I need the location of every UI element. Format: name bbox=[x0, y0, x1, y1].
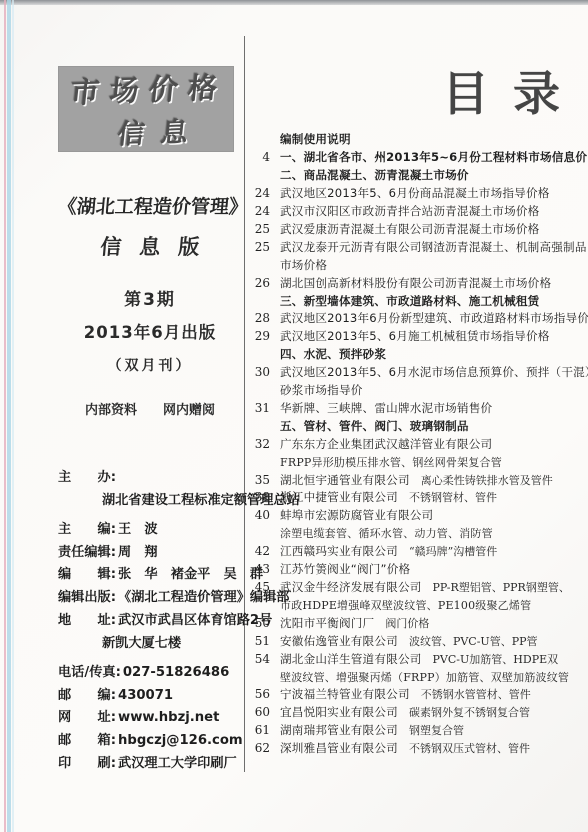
field-label: 主 编: bbox=[58, 522, 116, 537]
toc-row: FRPP异形肋模压排水管、钢丝网骨架复合管 bbox=[250, 454, 576, 472]
toc-entry-text: 武汉地区2013年5、6月施工机械租赁市场指导价格 bbox=[280, 328, 550, 346]
masthead-field-row: 邮 箱: hbgczj@126.com bbox=[58, 733, 242, 748]
toc-entry-text: 湖北金山洋生管道有限公司 bbox=[280, 651, 422, 669]
toc-page-number: 4 bbox=[250, 149, 270, 167]
toc-entry-text: 宜昌悦阳实业有限公司 bbox=[280, 704, 398, 722]
masthead-field-row: 新凯大厦七楼 bbox=[58, 636, 242, 651]
toc-entry-text: 湖北恒宇通管业有限公司 bbox=[280, 472, 410, 490]
masthead-field-row: 网 址: www.hbzj.net bbox=[58, 710, 242, 725]
toc-row: 二、商品混凝土、沥青混凝土市场价 bbox=[250, 167, 576, 185]
toc-entry-text: 武汉地区2013年5、6月份商品混凝土市场指导价格 bbox=[280, 185, 550, 203]
toc-page-number: 29 bbox=[250, 328, 270, 346]
toc-row: 54 湖北金山洋生管道有限公司 PVC-U加筋管、HDPE双 bbox=[250, 651, 576, 669]
masthead-field-row: 主 编: 王 波 bbox=[58, 522, 242, 537]
toc-entry-text: 三、新型墙体建筑、市政道路材料、施工机械租赁 bbox=[280, 293, 539, 311]
field-value: hbgczj@126.com bbox=[118, 733, 243, 748]
toc-list: 编制使用说明 4 一、湖北省各市、州2013年5~6月份工程材料市场信息价 二、… bbox=[250, 131, 576, 758]
toc-page-number: 25 bbox=[250, 239, 270, 257]
toc-row: 32 广东东方企业集团武汉越洋管业有限公司 bbox=[250, 436, 576, 454]
toc-entry-description: 不锈钢双压式管材、管件 bbox=[409, 740, 530, 758]
field-value: 张 华 褚金平 吴 群 bbox=[118, 567, 263, 582]
toc-page-number: 31 bbox=[250, 400, 270, 418]
toc-row: 40 蚌埠市宏源防腐管业有限公司 bbox=[250, 507, 576, 525]
journal-title: 《湖北工程造价管理》 bbox=[57, 192, 243, 219]
field-label: 责任编辑: bbox=[58, 545, 116, 560]
toc-entry-text: 五、管材、管件、阀门、玻璃钢制品 bbox=[280, 418, 469, 436]
field-label: 编 辑: bbox=[58, 567, 116, 582]
masthead-fields: 主 办: 湖北省建设工程标准定额管理总站 主 编: 王 波 责任编辑: 周 翔 … bbox=[58, 470, 242, 771]
toc-entry-text: 市场价格 bbox=[280, 257, 327, 275]
toc-page-number: 30 bbox=[250, 364, 270, 382]
toc-page-number: 24 bbox=[250, 203, 270, 221]
toc-page-number: 42 bbox=[250, 543, 270, 561]
field-value: www.hbzj.net bbox=[118, 710, 219, 725]
toc-entry-text: FRPP异形肋模压排水管、钢丝网骨架复合管 bbox=[280, 454, 502, 472]
toc-entry-description: 阀门价格 bbox=[385, 615, 429, 633]
toc-entry-text: 壁波纹管、增强聚丙烯（FRPP）加筋管、双壁加筋波纹管 bbox=[280, 669, 569, 687]
masthead-field-row: 责任编辑: 周 翔 bbox=[58, 545, 242, 560]
toc-row: 62 深圳雅昌管业有限公司 不锈钢双压式管材、管件 bbox=[250, 740, 576, 758]
toc-row: 砂浆市场指导价 bbox=[250, 382, 576, 400]
toc-entry-text: 华新牌、三峡牌、雷山牌水泥市场销售价 bbox=[280, 400, 492, 418]
distribution-note: 内部资料 网内赠阅 bbox=[58, 399, 242, 418]
scanned-page: 市场价格 信息 《湖北工程造价管理》 信息版 第3期 2013年6月出版 （双月… bbox=[0, 0, 588, 832]
scan-edge-pink-line bbox=[4, 0, 6, 832]
masthead-field-row: 邮 编: 430071 bbox=[58, 688, 242, 703]
toc-entry-description: 不锈钢管材、管件 bbox=[409, 489, 497, 507]
toc-entry-description: 离心柔性铸铁排水管及管件 bbox=[421, 472, 553, 490]
toc-row: 43 江苏竹箦阀业“阀门”价格 bbox=[250, 561, 576, 579]
toc-row: 38 浙江中捷管业有限公司 不锈钢管材、管件 bbox=[250, 489, 576, 507]
toc-entry-text: 深圳雅昌管业有限公司 bbox=[280, 740, 398, 758]
field-label: 邮 箱: bbox=[58, 733, 116, 748]
field-value: 武汉理工大学印刷厂 bbox=[118, 756, 237, 771]
field-label: 编辑出版: bbox=[58, 590, 116, 605]
toc-row: 4 一、湖北省各市、州2013年5~6月份工程材料市场信息价 bbox=[250, 149, 576, 167]
toc-entry-text: 沈阳市平衡阀门厂 bbox=[280, 615, 374, 633]
toc-page-number: 54 bbox=[250, 651, 270, 669]
toc-entry-text: 蚌埠市宏源防腐管业有限公司 bbox=[280, 507, 433, 525]
logo-text-market-price: 市场价格 bbox=[61, 65, 236, 112]
toc-entry-text: 武汉金牛经济发展有限公司 bbox=[280, 579, 422, 597]
toc-row: 编制使用说明 bbox=[250, 131, 576, 149]
toc-row: 51 安徽佑逸管业有限公司 波纹管、PVC-U管、PP管 bbox=[250, 633, 576, 651]
field-label: 网 址: bbox=[58, 710, 116, 725]
publish-date: 2013年6月出版 bbox=[58, 319, 242, 343]
toc-page-number: 43 bbox=[250, 561, 270, 579]
toc-entry-text: 湖南瑞邦管业有限公司 bbox=[280, 722, 398, 740]
field-label: 邮 编: bbox=[58, 688, 116, 703]
toc-page-number: 62 bbox=[250, 740, 270, 758]
masthead-field-row: 印 刷: 武汉理工大学印刷厂 bbox=[58, 756, 242, 771]
scan-edge-blue-line-2 bbox=[12, 0, 14, 832]
toc-row: 五、管材、管件、阀门、玻璃钢制品 bbox=[250, 418, 576, 436]
toc-row: 壁波纹管、增强聚丙烯（FRPP）加筋管、双壁加筋波纹管 bbox=[250, 669, 576, 687]
toc-entry-description: 不锈钢水管管材、管件 bbox=[421, 686, 531, 704]
toc-row: 25 武汉爱康沥青混凝土有限公司沥青混凝土市场价格 bbox=[250, 221, 576, 239]
scan-edge-blue-line bbox=[7, 0, 11, 832]
toc-entry-text: 武汉龙泰开元沥青有限公司钢渣沥青混凝土、机制高强制品 bbox=[280, 239, 587, 257]
toc-entry-text: 武汉市汉阳区市政沥青拌合站沥青混凝土市场价格 bbox=[280, 203, 539, 221]
journal-logo-box: 市场价格 信息 bbox=[58, 66, 234, 152]
masthead-field-row: 编辑出版: 《湖北工程造价管理》编辑部 bbox=[58, 590, 242, 605]
toc-row: 29 武汉地区2013年5、6月施工机械租赁市场指导价格 bbox=[250, 328, 576, 346]
toc-entry-text: 市政HDPE增强峰双壁波纹管、PE100级聚乙烯管 bbox=[280, 597, 531, 615]
toc-row: 60 宜昌悦阳实业有限公司 碳素钢外复不锈钢复合管 bbox=[250, 704, 576, 722]
toc-entry-text: 编制使用说明 bbox=[280, 131, 351, 149]
toc-title: 目录 bbox=[250, 70, 588, 119]
toc-entry-text: 砂浆市场指导价 bbox=[280, 382, 363, 400]
toc-entry-description: 碳素钢外复不锈钢复合管 bbox=[409, 704, 530, 722]
logo-text-information: 信息 bbox=[86, 108, 237, 152]
toc-page-number: 35 bbox=[250, 472, 270, 490]
toc-entry-text: 二、商品混凝土、沥青混凝土市场价 bbox=[280, 167, 469, 185]
toc-page-number: 32 bbox=[250, 436, 270, 454]
frequency-label: （双月刊） bbox=[58, 355, 242, 375]
toc-row: 26 湖北国创高新材料股份有限公司沥青混凝土市场价格 bbox=[250, 275, 576, 293]
toc-entry-text: 安徽佑逸管业有限公司 bbox=[280, 633, 398, 651]
edition-label: 信息版 bbox=[57, 231, 262, 261]
field-value: 新凯大厦七楼 bbox=[102, 636, 181, 651]
toc-row: 30 武汉地区2013年5、6月水泥市场信息预算价、预拌（干混） bbox=[250, 364, 576, 382]
toc-page-number: 38 bbox=[250, 489, 270, 507]
toc-entry-description: “赣玛牌”沟槽管件 bbox=[409, 543, 497, 561]
toc-row: 24 武汉地区2013年5、6月份商品混凝土市场指导价格 bbox=[250, 185, 576, 203]
masthead-column: 市场价格 信息 《湖北工程造价管理》 信息版 第3期 2013年6月出版 （双月… bbox=[58, 0, 242, 778]
toc-entry-description: PP-R塑铝管、PPR钢塑管、 bbox=[433, 579, 570, 597]
toc-row: 56 宁波福兰特管业有限公司 不锈钢水管管材、管件 bbox=[250, 686, 576, 704]
toc-entry-text: 武汉爱康沥青混凝土有限公司沥青混凝土市场价格 bbox=[280, 221, 539, 239]
toc-entry-text: 广东东方企业集团武汉越洋管业有限公司 bbox=[280, 436, 492, 454]
masthead-field-row: 编 辑: 张 华 褚金平 吴 群 bbox=[58, 567, 242, 582]
field-value: 027-51826486 bbox=[123, 665, 229, 680]
toc-row: 61 湖南瑞邦管业有限公司 钢塑复合管 bbox=[250, 722, 576, 740]
toc-entry-text: 涂塑电缆套管、循环水管、动力管、消防管 bbox=[280, 525, 493, 543]
field-label: 主 办: bbox=[58, 470, 116, 485]
toc-page-number: 40 bbox=[250, 507, 270, 525]
toc-entry-text: 浙江中捷管业有限公司 bbox=[280, 489, 398, 507]
masthead-field-row: 湖北省建设工程标准定额管理总站 bbox=[58, 493, 242, 508]
toc-row: 45 武汉金牛经济发展有限公司 PP-R塑铝管、PPR钢塑管、 bbox=[250, 579, 576, 597]
toc-page-number: 24 bbox=[250, 185, 270, 203]
toc-page-number: 45 bbox=[250, 579, 270, 597]
toc-row: 35 湖北恒宇通管业有限公司 离心柔性铸铁排水管及管件 bbox=[250, 472, 576, 490]
toc-entry-text: 四、水泥、预拌砂浆 bbox=[280, 346, 386, 364]
toc-page-number: 28 bbox=[250, 310, 270, 328]
toc-row: 50 沈阳市平衡阀门厂 阀门价格 bbox=[250, 615, 576, 633]
toc-page-number: 51 bbox=[250, 633, 270, 651]
toc-row: 市场价格 bbox=[250, 257, 576, 275]
masthead-field-row: 地 址: 武汉市武昌区体育馆路2号 bbox=[58, 613, 242, 628]
toc-entry-description: PVC-U加筋管、HDPE双 bbox=[433, 651, 559, 669]
field-label: 印 刷: bbox=[58, 756, 116, 771]
toc-row: 42 江西赣玛实业有限公司 “赣玛牌”沟槽管件 bbox=[250, 543, 576, 561]
toc-row: 24 武汉市汉阳区市政沥青拌合站沥青混凝土市场价格 bbox=[250, 203, 576, 221]
toc-entry-text: 一、湖北省各市、州2013年5~6月份工程材料市场信息价 bbox=[280, 149, 587, 167]
issue-number: 第3期 bbox=[58, 285, 242, 310]
field-value: 王 波 bbox=[118, 522, 158, 537]
field-label: 地 址: bbox=[58, 613, 116, 628]
toc-entry-description: 波纹管、PVC-U管、PP管 bbox=[409, 633, 538, 651]
toc-entry-text: 武汉地区2013年5、6月水泥市场信息预算价、预拌（干混） bbox=[280, 364, 588, 382]
toc-page-number: 26 bbox=[250, 275, 270, 293]
toc-row: 涂塑电缆套管、循环水管、动力管、消防管 bbox=[250, 525, 576, 543]
toc-row: 四、水泥、预拌砂浆 bbox=[250, 346, 576, 364]
toc-page-number: 50 bbox=[250, 615, 270, 633]
toc-entry-text: 江西赣玛实业有限公司 bbox=[280, 543, 398, 561]
masthead-field-row: 电话/传真: 027-51826486 bbox=[58, 665, 242, 680]
toc-entry-text: 江苏竹箦阀业“阀门”价格 bbox=[280, 561, 410, 579]
toc-row: 市政HDPE增强峰双壁波纹管、PE100级聚乙烯管 bbox=[250, 597, 576, 615]
toc-entry-text: 湖北国创高新材料股份有限公司沥青混凝土市场价格 bbox=[280, 275, 551, 293]
field-label: 电话/传真: bbox=[58, 665, 121, 680]
toc-row: 25 武汉龙泰开元沥青有限公司钢渣沥青混凝土、机制高强制品 bbox=[250, 239, 576, 257]
toc-page-number: 56 bbox=[250, 686, 270, 704]
toc-entry-text: 武汉地区2013年6月份新型建筑、市政道路材料市场指导价格 bbox=[280, 310, 588, 328]
toc-page-number: 61 bbox=[250, 722, 270, 740]
toc-page-number: 60 bbox=[250, 704, 270, 722]
toc-row: 31 华新牌、三峡牌、雷山牌水泥市场销售价 bbox=[250, 400, 576, 418]
field-value: 430071 bbox=[118, 688, 173, 703]
toc-entry-text: 宁波福兰特管业有限公司 bbox=[280, 686, 410, 704]
masthead-field-row: 主 办: bbox=[58, 470, 242, 485]
toc-row: 三、新型墙体建筑、市政道路材料、施工机械租赁 bbox=[250, 293, 576, 311]
field-value: 周 翔 bbox=[118, 545, 158, 560]
toc-column: 目录 编制使用说明 4 一、湖北省各市、州2013年5~6月份工程材料市场信息价… bbox=[250, 0, 576, 758]
toc-page-number: 25 bbox=[250, 221, 270, 239]
toc-row: 28 武汉地区2013年6月份新型建筑、市政道路材料市场指导价格 bbox=[250, 310, 576, 328]
toc-entry-description: 钢塑复合管 bbox=[409, 722, 464, 740]
column-divider-line bbox=[244, 36, 245, 772]
